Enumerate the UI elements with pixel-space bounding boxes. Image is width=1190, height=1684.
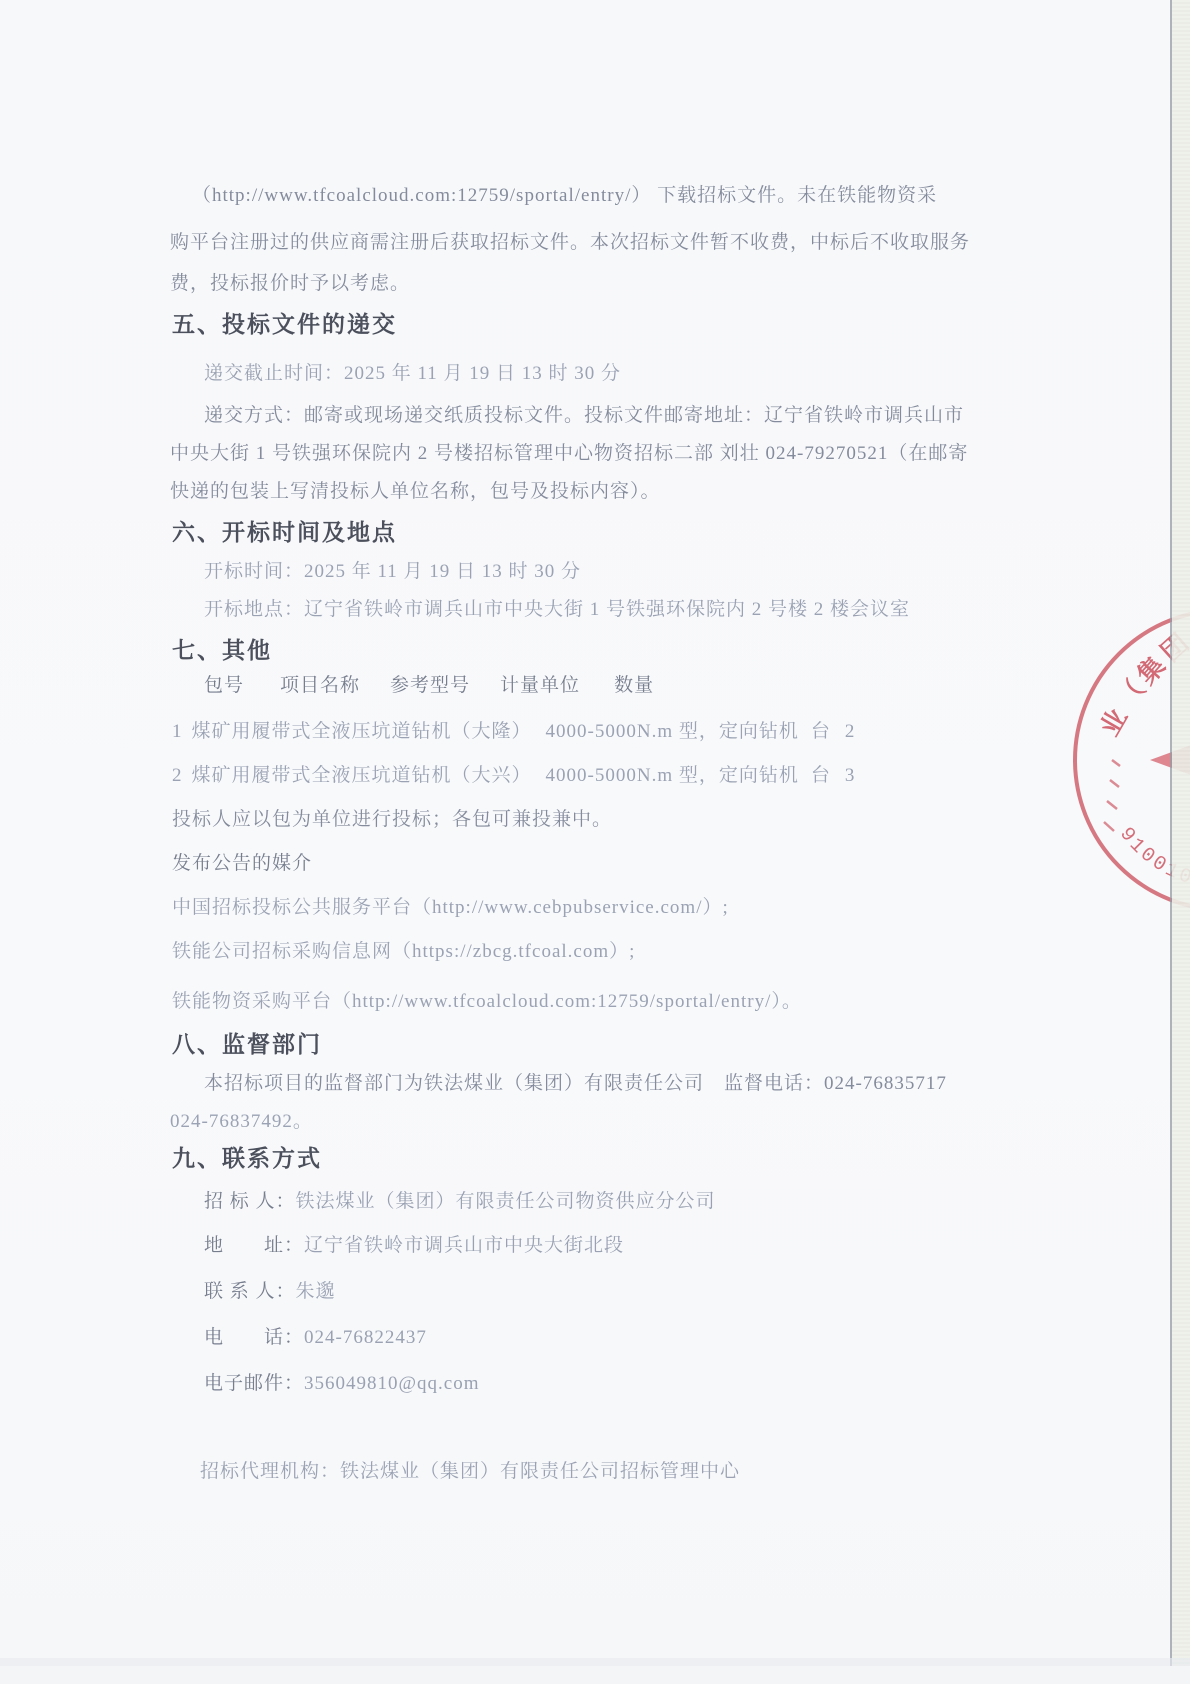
section5-deadline: 递交截止时间：2025 年 11 月 19 日 13 时 30 分: [204, 358, 621, 385]
row2-ref-model: 4000-5000N.m 型，定向钻机: [546, 760, 799, 787]
row1-package-no: 1: [172, 721, 183, 743]
row2-unit: 台: [811, 760, 831, 787]
contact-address: 地 址：辽宁省铁岭市调兵山市中央大街北段: [204, 1230, 624, 1257]
section5-title: 五、投标文件的递交: [172, 306, 397, 339]
section6-open-time: 开标时间：2025 年 11 月 19 日 13 时 30 分: [204, 556, 581, 583]
media-item-2: 铁能公司招标采购信息网（https://zbcg.tfcoal.com）;: [172, 936, 635, 963]
contact-phone: 电 话：024-76822437: [204, 1322, 427, 1349]
table-row: 1煤矿用履带式全液压坑道钻机（大隆）4000-5000N.m 型，定向钻机台2: [172, 716, 855, 743]
intro-line-1: （http://www.tfcoalcloud.com:12759/sporta…: [192, 180, 937, 207]
section8-body-line-1: 本招标项目的监督部门为铁法煤业（集团）有限责任公司 监督电话：024-76835…: [204, 1068, 947, 1095]
contact-phone-label: 电 话：: [204, 1327, 304, 1348]
contact-person-label: 联 系 人：: [204, 1281, 296, 1302]
bid-package-note: 投标人应以包为单位进行投标；各包可兼投兼中。: [172, 804, 612, 831]
section6-title: 六、开标时间及地点: [172, 514, 397, 547]
section5-method-line-1: 递交方式：邮寄或现场递交纸质投标文件。投标文件邮寄地址：辽宁省铁岭市调兵山市: [204, 400, 964, 427]
seal-arc-char: 业: [1095, 704, 1133, 741]
row2-package-no: 2: [172, 765, 183, 787]
contact-email-label: 电子邮件：: [204, 1373, 304, 1394]
package-table-header: 包号项目名称参考型号计量单位数量: [204, 670, 654, 697]
contact-address-label: 地 址：: [204, 1235, 304, 1256]
contact-email: 电子邮件：356049810@qq.com: [204, 1368, 479, 1395]
col-ref-model: 参考型号: [390, 670, 470, 697]
row1-qty: 2: [845, 721, 856, 743]
col-project-name: 项目名称: [280, 670, 360, 697]
media-title: 发布公告的媒介: [172, 848, 312, 875]
scanned-page: （http://www.tfcoalcloud.com:12759/sporta…: [0, 0, 1190, 1684]
row1-project-name: 煤矿用履带式全液压坑道钻机（大隆）: [192, 716, 532, 743]
agency-line: 招标代理机构：铁法煤业（集团）有限责任公司招标管理中心: [200, 1456, 740, 1483]
section8-title: 八、监督部门: [172, 1026, 322, 1059]
contact-phone-value: 024-76822437: [304, 1327, 427, 1348]
scan-bottom-strip: [0, 1666, 1190, 1684]
contact-tenderer-label: 招 标 人：: [204, 1191, 296, 1212]
media-item-3: 铁能物资采购平台（http://www.tfcoalcloud.com:1275…: [172, 986, 802, 1013]
section6-open-place: 开标地点：辽宁省铁岭市调兵山市中央大街 1 号铁强环保院内 2 号楼 2 楼会议…: [204, 594, 910, 621]
col-unit: 计量单位: [500, 670, 580, 697]
red-company-seal: 业 （ 集 团 9100100: [1030, 560, 1190, 920]
row2-qty: 3: [845, 765, 856, 787]
col-package-no: 包号: [204, 670, 244, 697]
section7-title: 七、其他: [172, 632, 272, 665]
section5-method-line-2: 中央大街 1 号铁强环保院内 2 号楼招标管理中心物资招标二部 刘壮 024-7…: [170, 438, 968, 465]
col-qty: 数量: [614, 670, 654, 697]
contact-tenderer-value: 铁法煤业（集团）有限责任公司物资供应分公司: [296, 1191, 716, 1212]
contact-person: 联 系 人：朱邈: [204, 1276, 336, 1303]
contact-person-value: 朱邈: [296, 1281, 336, 1302]
intro-line-2: 购平台注册过的供应商需注册后获取招标文件。本次招标文件暂不收费，中标后不收取服务: [170, 227, 970, 254]
contact-email-value: 356049810@qq.com: [304, 1373, 479, 1394]
contact-tenderer: 招 标 人：铁法煤业（集团）有限责任公司物资供应分公司: [204, 1186, 716, 1213]
row2-project-name: 煤矿用履带式全液压坑道钻机（大兴）: [192, 760, 532, 787]
row1-unit: 台: [811, 716, 831, 743]
section5-method-line-3: 快递的包装上写清投标人单位名称，包号及投标内容）。: [170, 476, 661, 503]
section9-title: 九、联系方式: [172, 1140, 322, 1173]
intro-line-3: 费，投标报价时予以考虑。: [170, 268, 410, 295]
table-row: 2煤矿用履带式全液压坑道钻机（大兴）4000-5000N.m 型，定向钻机台3: [172, 760, 855, 787]
section8-body-line-2: 024-76837492。: [170, 1106, 313, 1133]
media-item-1: 中国招标投标公共服务平台（http://www.cebpubservice.co…: [172, 892, 729, 919]
scan-page-edge-strip: [1172, 0, 1190, 1684]
contact-address-value: 辽宁省铁岭市调兵山市中央大街北段: [304, 1235, 624, 1256]
row1-ref-model: 4000-5000N.m 型，定向钻机: [546, 716, 799, 743]
